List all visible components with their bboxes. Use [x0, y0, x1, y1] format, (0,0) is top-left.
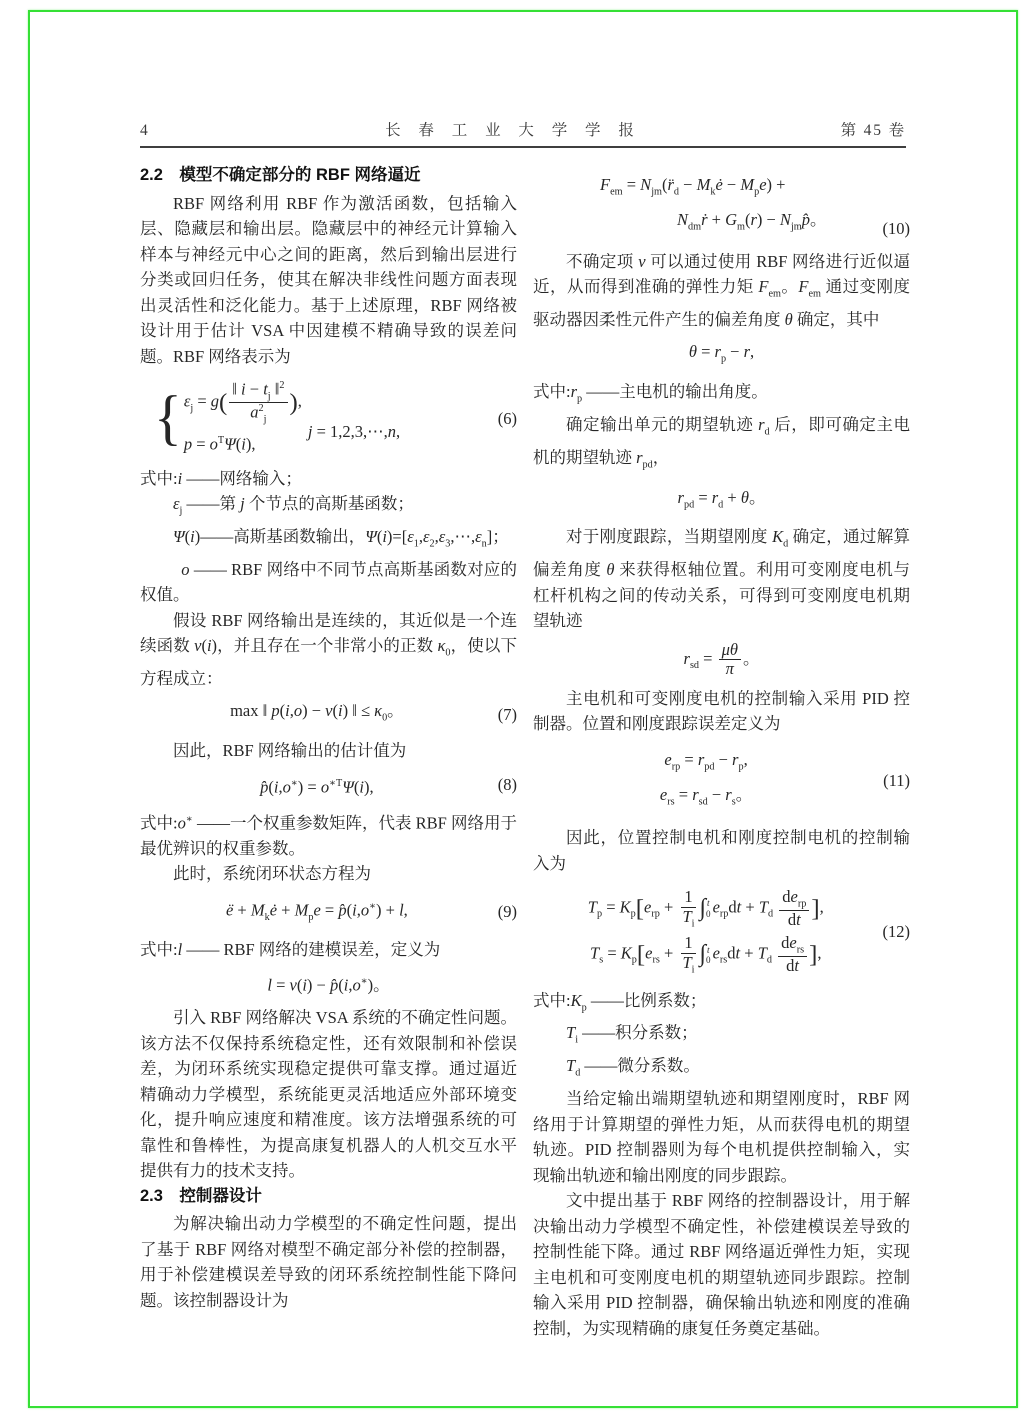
page-header: 4 长 春 工 业 大 学 学 报 第 45 卷 — [140, 118, 906, 140]
journal-title: 长 春 工 业 大 学 学 报 — [230, 118, 796, 140]
equation-7-body: max ‖ p(i,o) − v(i) ‖ ≤ κ0。 — [140, 698, 494, 731]
equation-10-line1: Fem = Njm(r̈d − Mkė − Mpe) + — [533, 172, 879, 205]
equation-10: Fem = Njm(r̈d − Mkė − Mpe) + Ndmṙ + Gm(r… — [533, 170, 910, 242]
paragraph-desired-traj: 确定输出单元的期望轨迹 rd 后，即可确定主电机的期望轨迹 rpd， — [533, 412, 910, 478]
equation-8-number: (8) — [498, 772, 517, 798]
paragraph-rbf-benefit: 引入 RBF 网络解决 VSA 系统的不确定性问题。该方法不仅保持系统稳定性，还… — [140, 1005, 517, 1184]
equation-10-line2: Ndmṙ + Gm(r) − Njmp̂。 — [533, 207, 879, 240]
equation-12: Tp = Kp[erp + 1Ti∫t0erpdt + Td derpdt], … — [533, 883, 910, 980]
equation-8-body: p̂(i,o∗) = o∗TΨ(i), — [140, 771, 494, 800]
equation-11: erp = rpd − rp, ers = rsd − rs。 (11) — [533, 744, 910, 819]
definition-rp: 式中:rp ——主电机的输出角度。 — [533, 379, 910, 412]
equation-12-line2: Ts = Kp[ers + 1Ti∫t0ersdt + Td dersdt], — [533, 934, 879, 975]
paragraph-therefore: 因此，位置控制电机和刚度控制电机的控制输入为 — [533, 825, 910, 876]
left-column: 2.2 模型不确定部分的 RBF 网络逼近 RBF 网络利用 RBF 作为激活函… — [140, 163, 517, 1313]
equation-theta: θ = rp − r, — [533, 339, 910, 372]
equation-11-line2: ers = rsd − rs。 — [533, 782, 879, 815]
equation-11-line1: erp = rpd − rp, — [533, 747, 879, 780]
paragraph-assume: 假设 RBF 网络输出是连续的，其近似是一个连续函数 v(i)，并且存在一个非常… — [140, 608, 517, 692]
right-column: Fem = Njm(r̈d − Mkė − Mpe) + Ndmṙ + Gm(r… — [533, 163, 910, 1341]
equation-9-body: ë + Mkė + Mpe = p̂(i,o∗) + l, — [140, 894, 494, 930]
equation-10-number: (10) — [883, 216, 911, 242]
equation-9: ë + Mkė + Mpe = p̂(i,o∗) + l, (9) — [140, 894, 517, 930]
equation-l-body: l = v(i) − p̂(i,o∗)。 — [140, 969, 517, 998]
equation-8: p̂(i,o∗) = o∗TΨ(i), (8) — [140, 771, 517, 800]
equation-9-number: (9) — [498, 899, 517, 925]
equation-theta-body: θ = rp − r, — [533, 339, 910, 372]
definition-psi: Ψ(i)——高斯基函数输出，Ψ(i)=[ε1,ε2,ε3,⋯,εn]； — [140, 524, 517, 557]
definition-i: 式中:i ——网络输入； — [140, 466, 517, 492]
paragraph-weight: 式中:o∗ ——一个权重参数矩阵，代表 RBF 网络用于最优辨识的权重参数。 — [140, 807, 517, 862]
paragraph-pid: 主电机和可变刚度电机的控制输入采用 PID 控制器。位置和刚度跟踪误差定义为 — [533, 686, 910, 737]
equation-rsd-body: rsd = μθπ。 — [533, 641, 910, 679]
section-heading-2-2: 2.2 模型不确定部分的 RBF 网络逼近 — [140, 163, 517, 189]
equation-rpd: rpd = rd + θ。 — [533, 485, 910, 518]
equation-6-brace: { — [154, 391, 182, 446]
paragraph-given: 当给定输出端期望轨迹和期望刚度时，RBF 网络用于计算期望的弹性力矩，从而获得电… — [533, 1086, 910, 1188]
equation-6-line2: p = oTΨ(i), — [184, 428, 302, 457]
definition-td: Td ——微分系数。 — [533, 1053, 910, 1086]
equation-7-number: (7) — [498, 702, 517, 728]
equation-l: l = v(i) − p̂(i,o∗)。 — [140, 969, 517, 998]
equation-11-number: (11) — [883, 768, 910, 794]
equation-6-condition: j = 1,2,3,⋯,n, — [308, 393, 400, 445]
definition-ti: Ti ——积分系数； — [533, 1020, 910, 1053]
paragraph-rbf-intro: RBF 网络利用 RBF 作为激活函数，包括输入层、隐藏层和输出层。隐藏层中的神… — [140, 191, 517, 370]
definition-kp: 式中:Kp ——比例系数； — [533, 988, 910, 1021]
equation-6-number: (6) — [498, 406, 517, 432]
volume-label: 第 45 卷 — [796, 118, 906, 140]
equation-6-line1: εj = g(‖ i − tj ‖2a2j), — [184, 380, 302, 426]
journal-page: 4 长 春 工 业 大 学 学 报 第 45 卷 2.2 模型不确定部分的 RB… — [0, 0, 1024, 1423]
equation-12-number: (12) — [883, 919, 911, 945]
equation-rpd-body: rpd = rd + θ。 — [533, 485, 910, 518]
paragraph-stiffness-tracking: 对于刚度跟踪，当期望刚度 Kd 确定，通过解算偏差角度 θ 来获得枢轴位置。利用… — [533, 524, 910, 633]
equation-rsd: rsd = μθπ。 — [533, 641, 910, 679]
paragraph-uncertain-term: 不确定项 v 可以通过使用 RBF 网络进行近似逼近，从而得到准确的弹性力矩 F… — [533, 249, 910, 333]
paragraph-conclusion: 文中提出基于 RBF 网络的控制器设计，用于解决输出动力学模型不确定性，补偿建模… — [533, 1188, 910, 1341]
header-rule — [140, 146, 906, 148]
page-number: 4 — [140, 122, 230, 140]
equation-12-line1: Tp = Kp[erp + 1Ti∫t0erpdt + Td derpdt], — [533, 888, 879, 929]
paragraph-model-error: 式中:l —— RBF 网络的建模误差，定义为 — [140, 937, 517, 963]
equation-7: max ‖ p(i,o) − v(i) ‖ ≤ κ0。 (7) — [140, 698, 517, 731]
paragraph-state: 此时，系统闭环状态方程为 — [140, 861, 517, 887]
equation-6: { εj = g(‖ i − tj ‖2a2j), p = oTΨ(i), j … — [154, 378, 517, 459]
paragraph-controller: 为解决输出动力学模型的不确定性问题，提出了基于 RBF 网络对模型不确定部分补偿… — [140, 1211, 517, 1313]
paragraph-estimate: 因此，RBF 网络输出的估计值为 — [140, 738, 517, 764]
definition-o: o —— RBF 网络中不同节点高斯基函数对应的权值。 — [140, 557, 517, 608]
definition-epsilon: εj ——第 j 个节点的高斯基函数； — [140, 491, 517, 524]
section-heading-2-3: 2.3 控制器设计 — [140, 1184, 517, 1210]
